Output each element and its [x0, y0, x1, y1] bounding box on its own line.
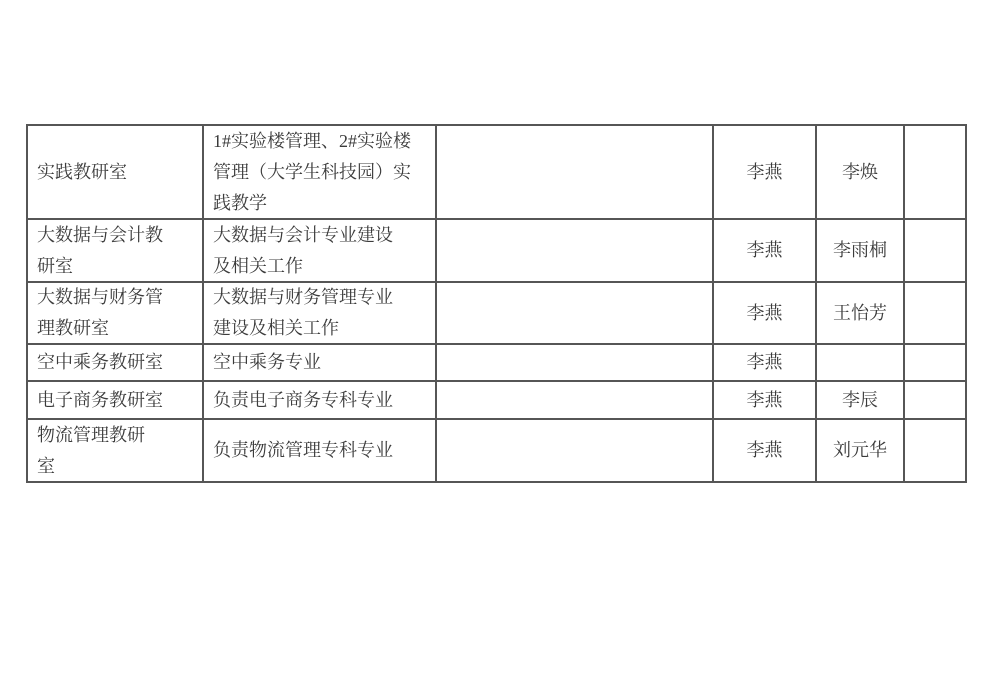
table-cell-leader: 李燕 [714, 126, 817, 220]
table-cell-leader: 李燕 [714, 283, 817, 345]
table-row: 实践教研室 1#实验楼管理、2#实验楼 管理（大学生科技园）实 践教学 李燕 李… [28, 126, 967, 220]
table-cell-empty [437, 420, 714, 483]
table-cell-member [817, 345, 905, 382]
table-cell-empty [905, 382, 967, 420]
table-cell-department: 实践教研室 [28, 126, 204, 220]
table-cell-leader: 李燕 [714, 345, 817, 382]
table-cell-empty [437, 126, 714, 220]
table-cell-empty [905, 220, 967, 283]
table-cell-duties: 1#实验楼管理、2#实验楼 管理（大学生科技园）实 践教学 [204, 126, 437, 220]
table-cell-member: 刘元华 [817, 420, 905, 483]
table-cell-duties: 负责物流管理专科专业 [204, 420, 437, 483]
table-cell-member: 王怡芳 [817, 283, 905, 345]
table-cell-department: 大数据与财务管 理教研室 [28, 283, 204, 345]
table-cell-duties: 空中乘务专业 [204, 345, 437, 382]
table-row: 物流管理教研 室 负责物流管理专科专业 李燕 刘元华 [28, 420, 967, 483]
table-row: 大数据与财务管 理教研室 大数据与财务管理专业 建设及相关工作 李燕 王怡芳 [28, 283, 967, 345]
table-row: 空中乘务教研室 空中乘务专业 李燕 [28, 345, 967, 382]
table-cell-member: 李雨桐 [817, 220, 905, 283]
table-cell-empty [905, 283, 967, 345]
table-row: 大数据与会计教 研室 大数据与会计专业建设 及相关工作 李燕 李雨桐 [28, 220, 967, 283]
table-cell-department: 电子商务教研室 [28, 382, 204, 420]
table-cell-empty [437, 220, 714, 283]
table-row: 电子商务教研室 负责电子商务专科专业 李燕 李辰 [28, 382, 967, 420]
table-cell-leader: 李燕 [714, 420, 817, 483]
table-cell-duties: 负责电子商务专科专业 [204, 382, 437, 420]
table-cell-empty [437, 283, 714, 345]
duties-table: 实践教研室 1#实验楼管理、2#实验楼 管理（大学生科技园）实 践教学 李燕 李… [26, 124, 967, 483]
table-cell-empty [437, 382, 714, 420]
table-cell-department: 大数据与会计教 研室 [28, 220, 204, 283]
document-page: 实践教研室 1#实验楼管理、2#实验楼 管理（大学生科技园）实 践教学 李燕 李… [0, 0, 993, 679]
table-cell-department: 物流管理教研 室 [28, 420, 204, 483]
table-cell-department: 空中乘务教研室 [28, 345, 204, 382]
table-cell-empty [905, 420, 967, 483]
table-cell-duties: 大数据与会计专业建设 及相关工作 [204, 220, 437, 283]
table-cell-empty [905, 126, 967, 220]
table-cell-empty [437, 345, 714, 382]
table-cell-member: 李焕 [817, 126, 905, 220]
table-cell-duties: 大数据与财务管理专业 建设及相关工作 [204, 283, 437, 345]
table-cell-leader: 李燕 [714, 220, 817, 283]
table-cell-leader: 李燕 [714, 382, 817, 420]
table-cell-empty [905, 345, 967, 382]
table-cell-member: 李辰 [817, 382, 905, 420]
